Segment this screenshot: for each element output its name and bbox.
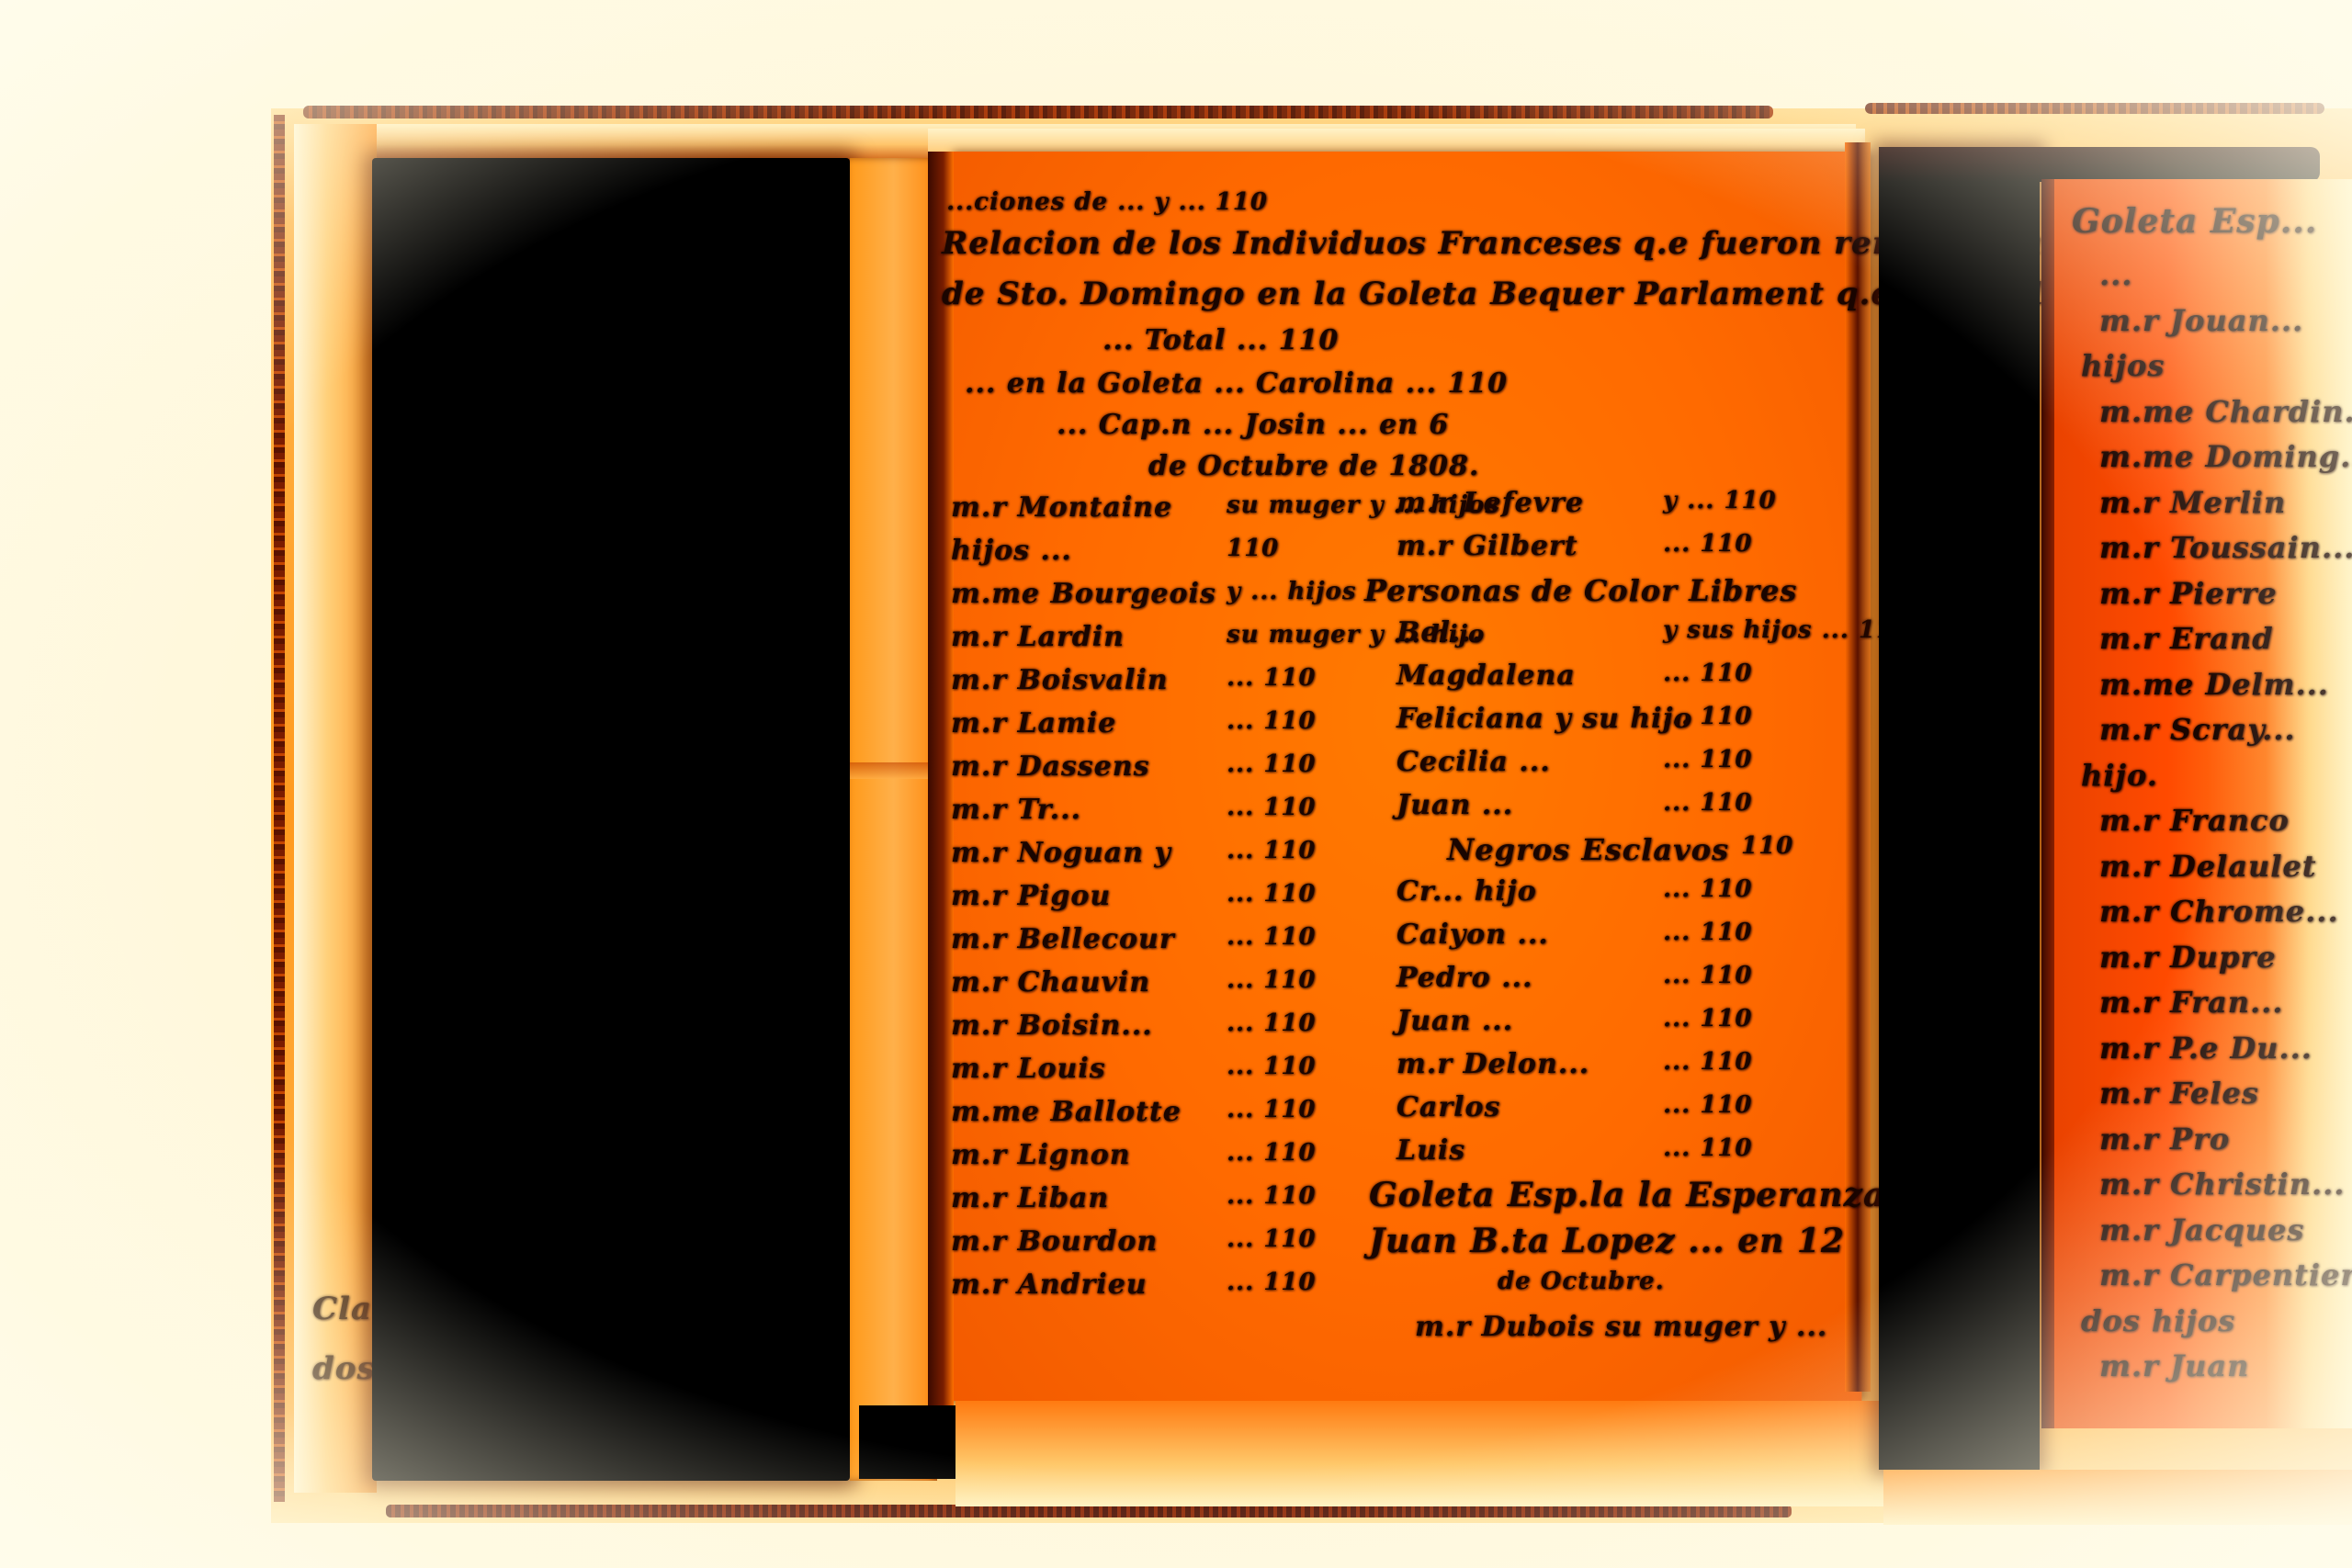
- right-page-line: m.r Dupre: [2099, 940, 2277, 975]
- entry-note: ... 110: [1227, 880, 1316, 908]
- entry-name: Pedro ...: [1396, 962, 1532, 994]
- right-page-edge: [2041, 179, 2054, 1428]
- entry-name: m.r Andrieu: [951, 1269, 1148, 1301]
- entry-note: ... 110: [1227, 966, 1316, 994]
- right-page-line: ...: [2099, 257, 2132, 292]
- list-item: m.r Montainesu muger y ... hijos: [951, 491, 1172, 524]
- entry-name: Magdalena: [1396, 660, 1576, 692]
- list-item: m.me Bourgeoisy ... hijos: [951, 578, 1216, 610]
- list-item: m.r Louis... 110: [951, 1053, 1106, 1085]
- entry-note: ... 110: [1663, 1048, 1752, 1076]
- entry-name: m.r Delon...: [1396, 1048, 1589, 1080]
- entry-note: ... 110: [1663, 919, 1752, 946]
- right-page-line: m.me Chardin...: [2099, 394, 2352, 429]
- section-heading-label: Personas de Color Libres: [1364, 573, 1797, 608]
- right-page-line: m.r Feles: [2099, 1076, 2259, 1111]
- right-page-line: m.r Franco: [2099, 803, 2290, 838]
- right-page-line: m.r Carpentier: [2099, 1258, 2352, 1292]
- main-page-text: ...ciones de ... y ... 110 Relacion de l…: [946, 152, 1865, 1401]
- right-page-line: m.r Merlin: [2099, 485, 2286, 520]
- footer-line: Juan B.ta Lopez ... en 12: [1369, 1222, 1845, 1260]
- list-item: m.r Bellecour... 110: [951, 923, 1175, 955]
- entry-name: Cr... hijo: [1396, 875, 1537, 908]
- list-item: Cecilia ...... 110: [1396, 746, 1551, 778]
- right-lower-margin: [1883, 1470, 2352, 1525]
- list-item: Pedro ...... 110: [1396, 962, 1532, 994]
- entry-name: m.r Gilbert: [1396, 530, 1578, 562]
- list-item: m.r Boisin...... 110: [951, 1010, 1153, 1042]
- right-page-line: m.r Scray...: [2099, 712, 2296, 747]
- list-item: Feliciana y su hijo... 110: [1396, 703, 1692, 735]
- entry-name: m.r Boisin...: [951, 1010, 1153, 1042]
- header-date: de Octubre de 1808.: [1148, 450, 1479, 482]
- entry-note: ... 110: [1663, 530, 1752, 558]
- entry-name: m.me Bourgeois: [951, 578, 1216, 610]
- entry-name: m.r Bellecour: [951, 923, 1175, 955]
- entry-name: Caiyon ...: [1396, 919, 1549, 951]
- entry-name: m.r Tr...: [951, 794, 1081, 826]
- entry-name: m.r Louis: [951, 1053, 1106, 1085]
- entry-name: m.me Ballotte: [951, 1096, 1182, 1128]
- list-item: m.r Lignon... 110: [951, 1139, 1131, 1171]
- list-item: m.r Liban... 110: [951, 1182, 1109, 1214]
- list-item: m.r Pigou... 110: [951, 880, 1111, 912]
- right-page-line: m.r Jacques: [2099, 1213, 2304, 1247]
- entry-note: ... 110: [1227, 837, 1316, 864]
- list-item: m.r Noguan y... 110: [951, 837, 1171, 869]
- entry-name: m.r Montaine: [951, 491, 1172, 524]
- entry-note: ... 110: [1227, 750, 1316, 778]
- entry-note: ... 110: [1663, 789, 1752, 817]
- entry-note: ... 110: [1663, 1091, 1752, 1119]
- entry-name: Carlos: [1396, 1091, 1500, 1123]
- list-item: m.r Bourdon... 110: [951, 1225, 1158, 1258]
- list-item: Cr... hijo... 110: [1396, 875, 1537, 908]
- list-item: m.r Chauvin... 110: [951, 966, 1150, 998]
- list-item: m.r Tr...... 110: [951, 794, 1081, 826]
- page-lower-margin: [955, 1401, 1883, 1506]
- list-item: Juan ...... 110: [1396, 1005, 1513, 1037]
- list-item: Luis... 110: [1396, 1134, 1465, 1167]
- header-line: ... en la Goleta ... Carolina ... 110: [965, 367, 1508, 400]
- right-page-line: m.r Fran...: [2099, 985, 2283, 1020]
- frame-rail-left: [294, 124, 377, 1493]
- entry-name: Feliciana y su hijo: [1396, 703, 1692, 735]
- entry-note: ... 110: [1227, 923, 1316, 951]
- entry-name: Juan ...: [1396, 789, 1513, 821]
- entry-note: y ... 110: [1663, 487, 1777, 514]
- entry-name: m.r Pigou: [951, 880, 1111, 912]
- entry-name: m.r Lefevre: [1396, 487, 1584, 519]
- right-page-line: m.r Juan: [2099, 1348, 2249, 1383]
- right-page-line: m.r Toussain...: [2099, 530, 2352, 565]
- header-line: ...ciones de ... y ... 110: [946, 188, 1268, 216]
- list-item: Magdalena... 110: [1396, 660, 1576, 692]
- entry-note: 110: [1227, 535, 1279, 562]
- list-item: m.r Gilbert... 110: [1396, 530, 1578, 562]
- entry-name: Juan ...: [1396, 1005, 1513, 1037]
- list-item: Caiyon ...... 110: [1396, 919, 1549, 951]
- entry-note: ... 110: [1227, 1182, 1316, 1210]
- entry-name: m.r Lignon: [951, 1139, 1131, 1171]
- right-page-line: m.me Delm...: [2099, 667, 2329, 702]
- entry-note: ... 110: [1227, 1053, 1316, 1080]
- entry-name: m.r Lamie: [951, 707, 1116, 739]
- entry-note: ... 110: [1227, 1096, 1316, 1123]
- list-item: m.r Lamie... 110: [951, 707, 1116, 739]
- section-heading: Negros Esclavos110: [1447, 832, 1729, 867]
- frame-edge-bottom: [386, 1505, 1792, 1517]
- list-item: m.r Lardinsu muger y ... hijo: [951, 621, 1125, 653]
- redaction-panel-right: [1879, 147, 2040, 1470]
- entry-name: m.r Lardin: [951, 621, 1125, 653]
- right-page-line: m.me Doming...: [2099, 439, 2352, 474]
- entry-note: ... 110: [1663, 875, 1752, 903]
- list-item: m.r Delon...... 110: [1396, 1048, 1589, 1080]
- entry-note: 110: [1741, 832, 1793, 860]
- section-heading: Personas de Color Libres: [1364, 573, 1797, 608]
- right-page-line: m.r P.e Du...: [2099, 1031, 2312, 1066]
- list-item: Juan ...... 110: [1396, 789, 1513, 821]
- right-page-line: m.r Erand: [2099, 621, 2274, 656]
- redaction-panel-left: [372, 158, 850, 1481]
- header-line: ... Cap.n ... Josin ... en 6: [1057, 409, 1449, 441]
- list-item: hijos ...110: [951, 535, 1072, 567]
- entry-name: Luis: [1396, 1134, 1465, 1167]
- entry-note: ... 110: [1227, 664, 1316, 692]
- entry-name: Cecilia ...: [1396, 746, 1551, 778]
- entry-note: ... 110: [1663, 1134, 1752, 1162]
- right-page-line: hijos: [2081, 348, 2165, 383]
- frame-edge-left: [274, 115, 285, 1502]
- right-page-line: m.r Pro: [2099, 1122, 2230, 1156]
- entry-note: ... 110: [1227, 794, 1316, 821]
- right-page-line: m.r Delaulet: [2099, 849, 2317, 884]
- list-item: m.r Dassens... 110: [951, 750, 1149, 783]
- paper-strip-fold: [850, 762, 937, 779]
- footer-line: m.r Dubois su muger y ...: [1415, 1311, 1827, 1343]
- entry-note: ... 110: [1663, 962, 1752, 989]
- entry-name: hijos ...: [951, 535, 1072, 567]
- entry-name: m.r Noguan y: [951, 837, 1171, 869]
- right-page-title: Goleta Esp...: [2072, 202, 2317, 241]
- entry-name: m.r Liban: [951, 1182, 1109, 1214]
- entry-note: ... 110: [1663, 746, 1752, 773]
- redaction-panel-right-top: [1879, 147, 2320, 182]
- right-page-line: m.r Pierre: [2099, 576, 2278, 611]
- entry-note: ... 110: [1227, 1139, 1316, 1167]
- entry-name: Bel...: [1396, 616, 1482, 649]
- right-page-line: m.r Christin...: [2099, 1167, 2345, 1201]
- paper-strip: [850, 158, 937, 1481]
- entry-note: ... 110: [1663, 660, 1752, 687]
- right-page-line: m.r Chrome...: [2099, 894, 2339, 929]
- list-item: m.r Andrieu... 110: [951, 1269, 1148, 1301]
- header-line: ... Total ... 110: [1102, 324, 1339, 356]
- right-page-text: Goleta Esp... ...m.r Jouan...hijosm.me C…: [2053, 179, 2352, 1428]
- frame-edge-top-right: [1865, 103, 2324, 114]
- entry-name: m.r Chauvin: [951, 966, 1150, 998]
- list-item: m.me Ballotte... 110: [951, 1096, 1182, 1128]
- entry-note: y sus hijos ... 110: [1663, 616, 1911, 644]
- list-item: m.r Boisvalin... 110: [951, 664, 1169, 696]
- entry-note: ... 110: [1227, 1269, 1316, 1296]
- right-page-line: hijo.: [2081, 758, 2158, 793]
- entry-name: m.r Bourdon: [951, 1225, 1158, 1258]
- list-item: Bel...y sus hijos ... 110: [1396, 616, 1482, 649]
- section-heading-label: Negros Esclavos: [1447, 832, 1729, 867]
- list-item: Carlos... 110: [1396, 1091, 1500, 1123]
- entry-name: m.r Boisvalin: [951, 664, 1169, 696]
- right-page-line: dos hijos: [2081, 1303, 2235, 1338]
- right-page-line: m.r Jouan...: [2099, 303, 2303, 338]
- entry-note: ... 110: [1227, 1010, 1316, 1037]
- list-item: m.r Lefevrey ... 110: [1396, 487, 1584, 519]
- footer-line: de Octubre.: [1498, 1268, 1665, 1295]
- entry-note: ... 110: [1663, 1005, 1752, 1032]
- entry-note: ... 110: [1663, 703, 1752, 730]
- entry-note: ... 110: [1227, 1225, 1316, 1253]
- entry-name: m.r Dassens: [951, 750, 1149, 783]
- entry-note: y ... hijos: [1227, 578, 1357, 605]
- entry-note: ... 110: [1227, 707, 1316, 735]
- frame-edge-top: [303, 106, 1773, 118]
